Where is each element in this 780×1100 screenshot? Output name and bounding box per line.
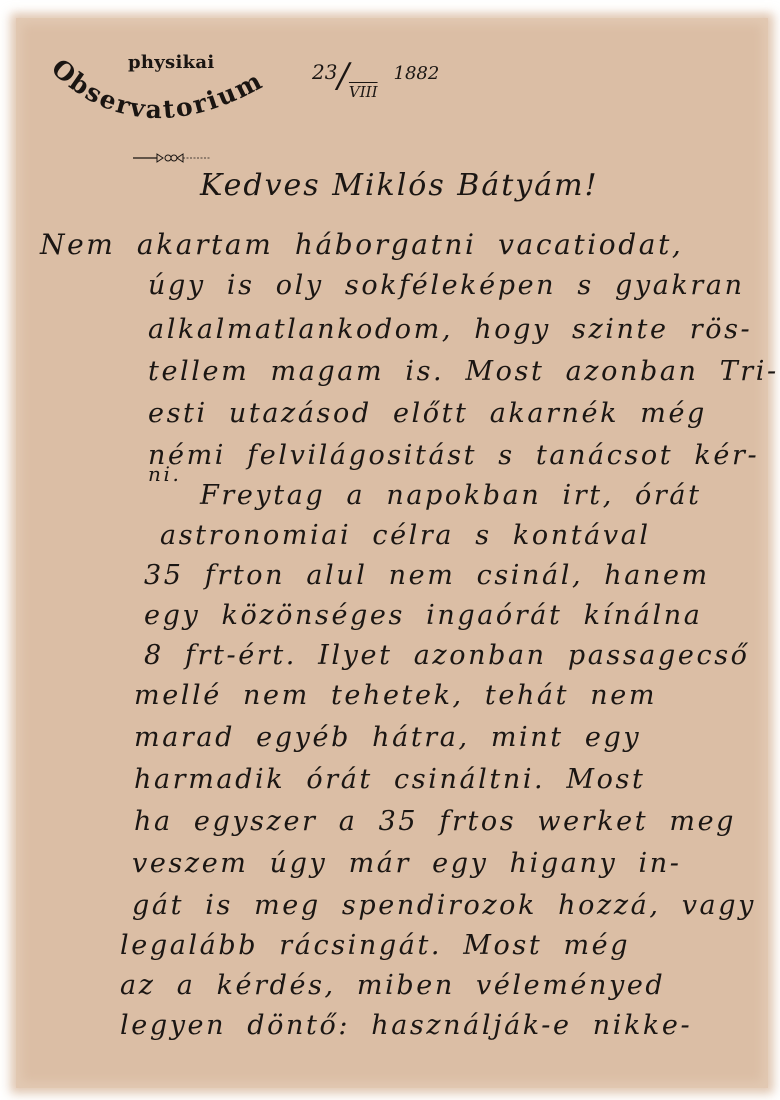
body-line: alkalmatlankodom, hogy szinte rös- [148, 314, 752, 345]
body-line: mellé nem tehetek, tehát nem [134, 680, 657, 711]
body-line: úgy is oly sokféleképen s gyakran [148, 270, 745, 301]
ornament-divider-icon [133, 153, 213, 163]
svg-text:Observatorium: Observatorium [46, 53, 268, 124]
body-line: 35 frton alul nem csinál, hanem [144, 560, 710, 591]
letterhead-observatorium-arc: Observatorium [40, 40, 340, 170]
body-line: Nem akartam háborgatni vacatiodat, [40, 228, 683, 261]
body-line: legalább rácsingát. Most még [120, 930, 630, 961]
body-line: némi felvilágositást s tanácsot kér- [148, 440, 759, 471]
date-day: 23 [312, 60, 337, 84]
date-month: VIII [349, 83, 378, 101]
body-line: egy közönséges ingaórát kínálna [144, 600, 702, 631]
body-line: Freytag a napokban irt, órát [200, 480, 702, 511]
body-line: legyen döntő: használják-e nikke- [120, 1010, 692, 1041]
body-line: gát is meg spendirozok hozzá, vagy [132, 890, 756, 921]
observatorium-text: Observatorium [46, 53, 268, 124]
letter-date: 23/VIII1882 [312, 48, 439, 88]
body-line: harmadik órát csináltni. Most [134, 764, 645, 795]
body-line: astronomiai célra s kontával [160, 520, 651, 551]
body-line: az a kérdés, miben véleményed [120, 970, 665, 1001]
date-year: 1882 [394, 63, 440, 84]
body-line: tellem magam is. Most azonban Tri- [148, 356, 779, 387]
body-line: esti utazásod előtt akarnék még [148, 398, 707, 429]
body-line: 8 frt-ért. Ilyet azonban passagecső [144, 640, 750, 671]
body-line: veszem úgy már egy higany in- [132, 848, 681, 879]
body-line: ha egyszer a 35 frtos werket meg [134, 806, 736, 837]
date-slash: / [337, 56, 348, 96]
body-line: ni. [148, 462, 181, 486]
salutation: Kedves Miklós Bátyám! [200, 168, 599, 203]
body-line: marad egyéb hátra, mint egy [134, 722, 641, 753]
